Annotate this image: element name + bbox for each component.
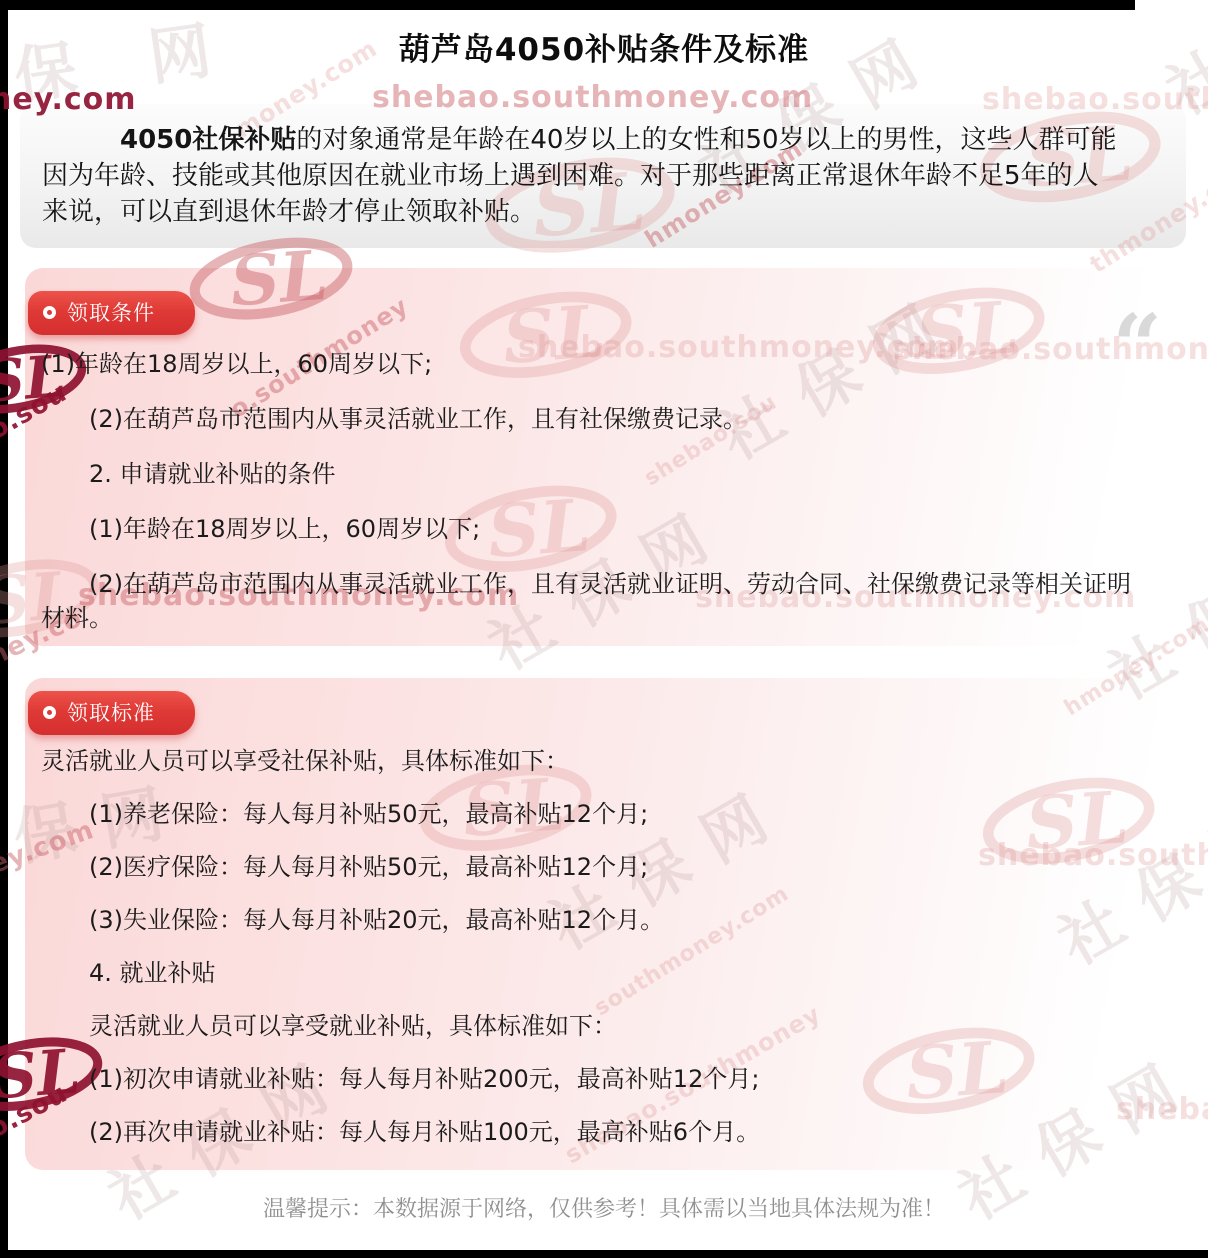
- section-paragraph: 4. 就业补贴: [41, 956, 1141, 990]
- section-paragraph: (3)失业保险：每人每月补贴20元，最高补贴12个月。: [41, 903, 1141, 937]
- conditions-body: (1)年龄在18周岁以上，60周岁以下;(2)在葫芦岛市范围内从事灵活就业工作，…: [25, 347, 1185, 635]
- standards-body: 灵活就业人员可以享受社保补贴，具体标准如下：(1)养老保险：每人每月补贴50元，…: [25, 744, 1185, 1149]
- section-paragraph: (2)再次申请就业补贴：每人每月补贴100元，最高补贴6个月。: [41, 1115, 1141, 1149]
- intro-paragraph: 4050社保补贴的对象通常是年龄在40岁以上的女性和50岁以上的男性，这些人群可…: [20, 104, 1186, 230]
- footer-disclaimer: 温馨提示：本数据源于网络，仅供参考！具体需以当地具体法规为准！: [0, 1192, 1208, 1223]
- top-crop-bar: [0, 0, 1135, 10]
- left-crop-bar: [0, 0, 8, 1258]
- bottom-crop-bar: [0, 1250, 1208, 1258]
- section-paragraph: (1)初次申请就业补贴：每人每月补贴200元，最高补贴12个月;: [41, 1062, 1141, 1096]
- section-paragraph: (1)养老保险：每人每月补贴50元，最高补贴12个月;: [41, 797, 1141, 831]
- badge-label: 领取标准: [67, 697, 155, 727]
- standards-badge: 领取标准: [28, 691, 195, 735]
- circle-ring-icon: [43, 706, 56, 719]
- standards-panel: 领取标准 灵活就业人员可以享受社保补贴，具体标准如下：(1)养老保险：每人每月补…: [25, 678, 1185, 1170]
- badge-label: 领取条件: [67, 297, 155, 327]
- section-paragraph: 2. 申请就业补贴的条件: [41, 457, 1141, 491]
- section-paragraph: 灵活就业人员可以享受就业补贴，具体标准如下：: [41, 1009, 1141, 1043]
- section-paragraph: (1)年龄在18周岁以上，60周岁以下;: [41, 512, 1141, 546]
- section-paragraph: (2)在葫芦岛市范围内从事灵活就业工作，且有社保缴费记录。: [41, 402, 1141, 436]
- section-paragraph: 灵活就业人员可以享受社保补贴，具体标准如下：: [41, 744, 1141, 778]
- circle-ring-icon: [43, 306, 56, 319]
- section-paragraph: (2)在葫芦岛市范围内从事灵活就业工作，且有灵活就业证明、劳动合同、社保缴费记录…: [41, 567, 1141, 635]
- page-title: 葫芦岛4050补贴条件及标准: [0, 24, 1208, 69]
- section-paragraph: (1)年龄在18周岁以上，60周岁以下;: [41, 347, 1141, 381]
- intro-highlight: 4050社保补贴: [120, 125, 296, 155]
- page: { "page": { "title": "葫芦岛4050补贴条件及标准" },…: [0, 0, 1208, 1258]
- conditions-badge: 领取条件: [28, 291, 195, 335]
- intro-card: 4050社保补贴的对象通常是年龄在40岁以上的女性和50岁以上的男性，这些人群可…: [20, 104, 1186, 248]
- conditions-panel: 领取条件 (1)年龄在18周岁以上，60周岁以下;(2)在葫芦岛市范围内从事灵活…: [25, 268, 1185, 646]
- section-paragraph: (2)医疗保险：每人每月补贴50元，最高补贴12个月;: [41, 850, 1141, 884]
